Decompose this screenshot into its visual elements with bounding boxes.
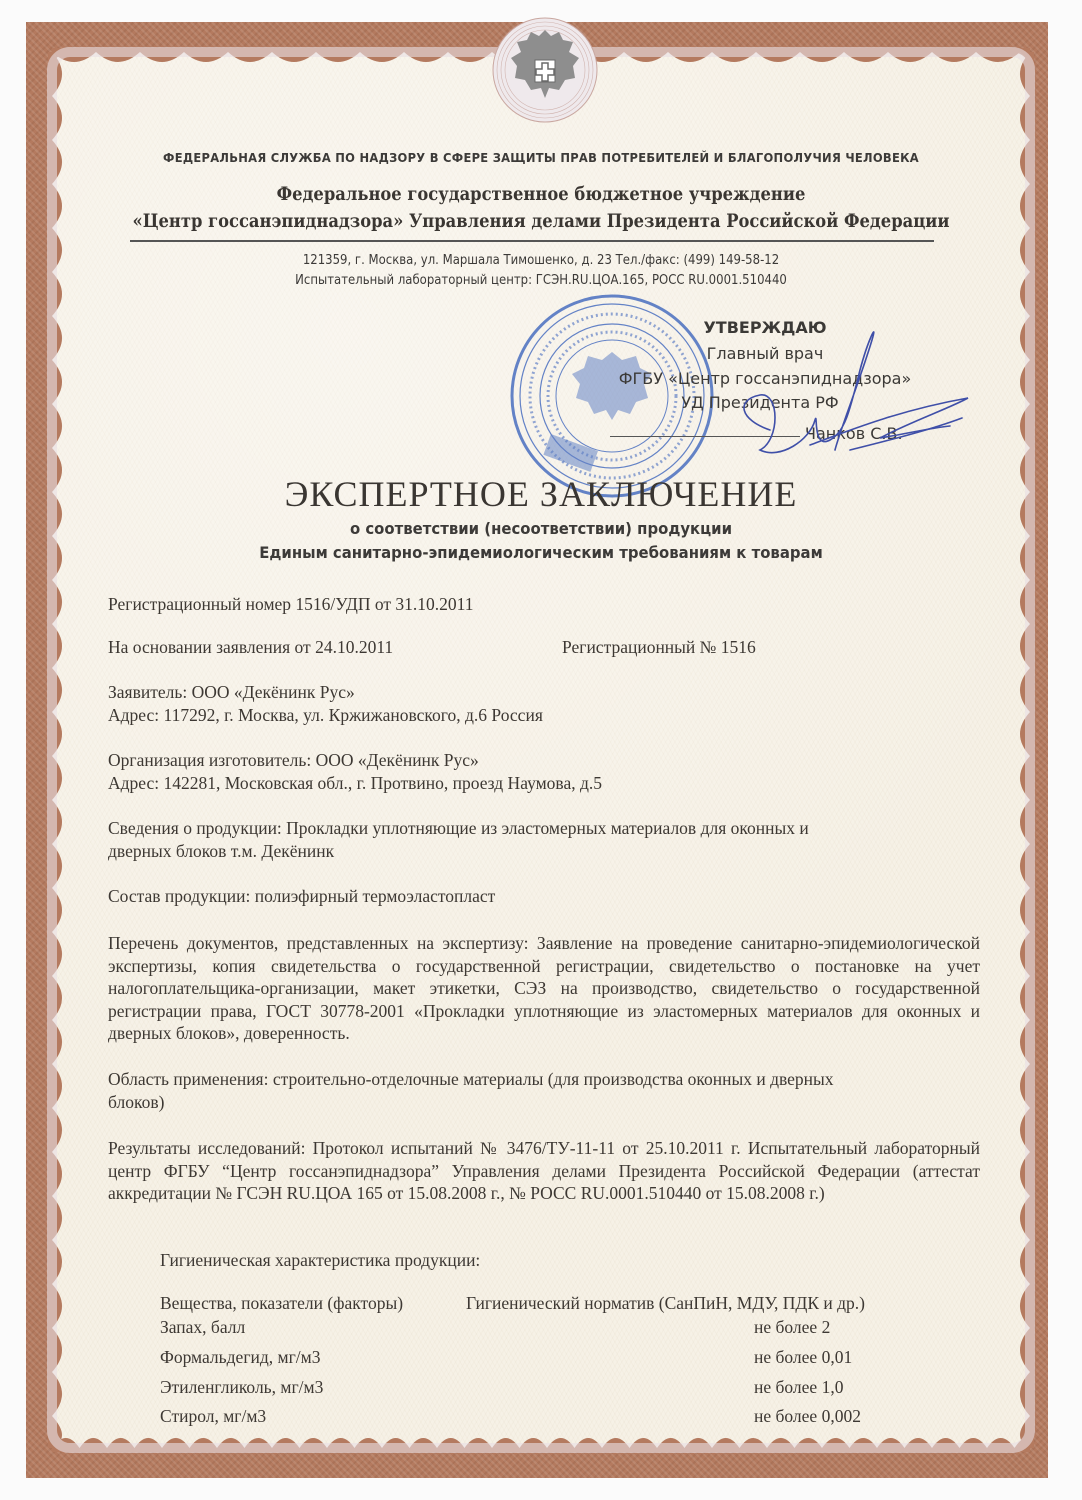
- application-date: На основании заявления от 24.10.2011: [108, 637, 393, 658]
- product-composition: Состав продукции: полиэфирный термоэласт…: [108, 886, 495, 907]
- applicant: Заявитель: ООО «Декёнинк Рус»: [108, 682, 355, 703]
- product-info-line-2: дверных блоков т.м. Декёнинк: [108, 841, 334, 862]
- document-subtitle-1: о соответствии (несоответствии) продукци…: [38, 519, 1044, 538]
- application-registration: Регистрационный № 1516: [562, 637, 756, 658]
- institution-line-2: «Центр госсанэпиднадзора» Управления дел…: [76, 210, 1007, 232]
- table-row-norm: не более 0,01: [754, 1347, 852, 1368]
- lab-accreditation: Испытательный лабораторный центр: ГСЭН.R…: [54, 273, 1028, 288]
- table-row-norm: не более 1,0: [754, 1377, 843, 1398]
- manufacturer-address: Адрес: 142281, Московская обл., г. Протв…: [108, 773, 602, 794]
- table-row-norm: не более 2: [754, 1317, 830, 1338]
- table-row-substance: Запах, балл: [160, 1317, 245, 1338]
- product-info-line-1: Сведения о продукции: Прокладки уплотняю…: [108, 818, 809, 839]
- handwritten-signature-icon: [700, 300, 980, 480]
- institution-address: 121359, г. Москва, ул. Маршала Тимошенко…: [54, 253, 1028, 268]
- application-scope-line-1: Область применения: строительно-отделочн…: [108, 1069, 834, 1090]
- institution-line-1: Федеральное государственное бюджетное уч…: [76, 183, 1007, 205]
- submitted-documents: Перечень документов, представленных на э…: [108, 932, 980, 1045]
- table-row-substance: Формальдегид, мг/м3: [160, 1347, 320, 1368]
- table-row-norm: не более 0,002: [754, 1406, 861, 1427]
- hygiene-col-norm: Гигиенический норматив (СанПиН, МДУ, ПДК…: [466, 1293, 865, 1314]
- document-subtitle-2: Единым санитарно-эпидемиологическим треб…: [38, 543, 1044, 562]
- table-row-substance: Этиленгликоль, мг/м3: [160, 1377, 323, 1398]
- application-scope-line-2: блоков): [108, 1092, 164, 1113]
- hygiene-heading: Гигиеническая характеристика продукции:: [160, 1250, 480, 1271]
- manufacturer: Организация изготовитель: ООО «Декёнинк …: [108, 750, 479, 771]
- applicant-address: Адрес: 117292, г. Москва, ул. Кржижановс…: [108, 705, 543, 726]
- research-results: Результаты исследований: Протокол испыта…: [108, 1137, 980, 1205]
- document-title: ЭКСПЕРТНОЕ ЗАКЛЮЧЕНИЕ: [0, 473, 1082, 515]
- registration-number: Регистрационный номер 1516/УДП от 31.10.…: [108, 594, 474, 615]
- table-row-substance: Стирол, мг/м3: [160, 1406, 266, 1427]
- double-headed-eagle-emblem-icon: [480, 8, 610, 126]
- hygiene-col-substance: Вещества, показатели (факторы): [160, 1293, 403, 1314]
- agency-name: ФЕДЕРАЛЬНАЯ СЛУЖБА ПО НАДЗОРУ В СФЕРЕ ЗА…: [43, 150, 1038, 165]
- header-divider: [130, 240, 934, 242]
